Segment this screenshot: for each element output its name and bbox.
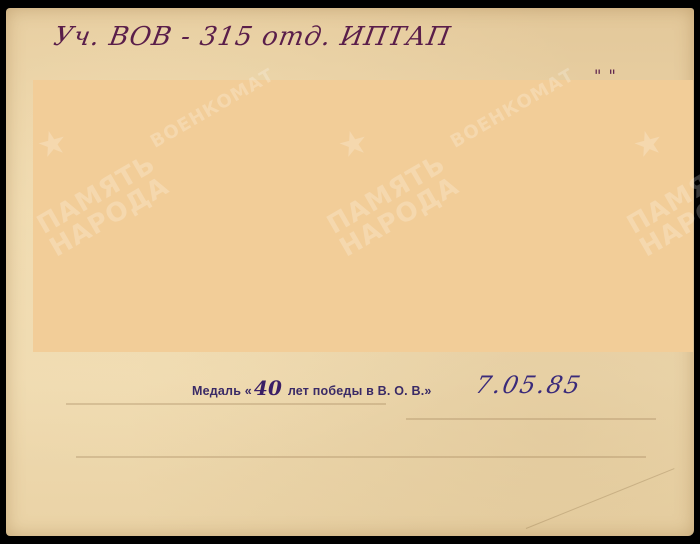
star-watermark-icon: ★: [628, 121, 668, 168]
handwritten-award-date: 7.05.85: [473, 371, 585, 399]
handwritten-award-number: 40: [254, 376, 282, 400]
printed-rule-line: [66, 403, 386, 405]
watermark-pamyat-naroda: ПАМЯТЬ НАРОДА: [29, 148, 176, 263]
handwritten-header-note: Уч. ВОВ - 315 отд. ИПТАП: [51, 22, 453, 52]
redacted-content-block: ВОЕНКОМАТ ВОЕНКОМАТ ★ ★ ★ ПАМЯТЬ НАРОДА …: [33, 80, 693, 352]
watermark-pamyat-naroda: ПАМЯТЬ НАРОДА: [319, 148, 466, 263]
watermark-voenkomat: ВОЕНКОМАТ: [448, 66, 578, 151]
paper-crease: [526, 468, 675, 529]
star-watermark-icon: ★: [32, 121, 72, 168]
award-stamp-line: Медаль «40 лет победы в В. О. В.»: [192, 376, 432, 400]
watermark-pamyat-naroda: ПАМЯТЬ НАРОДА: [619, 148, 700, 263]
star-watermark-icon: ★: [333, 121, 373, 168]
printed-rule-line: [76, 456, 646, 458]
watermark-voenkomat: ВОЕНКОМАТ: [148, 66, 278, 151]
award-suffix: лет победы в В. О. В.»: [284, 384, 431, 398]
printed-rule-line: [406, 418, 656, 420]
award-prefix: Медаль «: [192, 384, 252, 398]
